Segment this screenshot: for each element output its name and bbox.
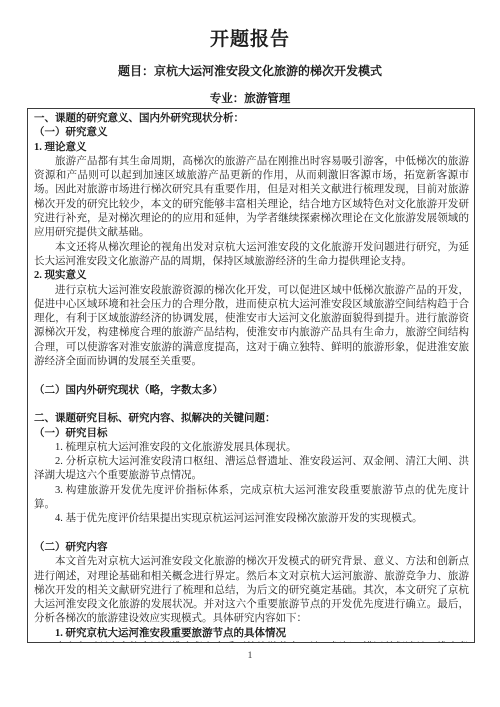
research-content-paragraph: 本文首先对京杭大运河淮安段文化旅游的梯次开发模式的研究背景、意义、方法和创新点进… — [34, 555, 469, 626]
research-goal-1: 1. 梳理京杭大运河淮安段的文化旅游发展具体现状。 — [34, 441, 469, 455]
research-goal-2: 2. 分析京杭大运河淮安段清口枢纽、漕运总督遗址、淮安段运河、双金闸、清江大闸、… — [34, 455, 469, 484]
page-number: 1 — [0, 651, 500, 661]
spacer-line — [34, 398, 469, 412]
research-content-item-1-paragraph: 本文主要研究京杭大运河淮安段六个重要的旅游节点：清口枢纽、漕运总督遗址、淮安段运… — [34, 641, 469, 643]
theoretical-paragraph-1: 旅游产品都有其生命周期，高梯次的旅游产品在刚推出时容易吸引游客，中低梯次的旅游资… — [34, 155, 469, 241]
research-goal-3: 3. 构建旅游开发优先度评价指标体系，完成京杭大运河淮安段重要旅游节点的优先度计… — [34, 484, 469, 513]
research-goal-4: 4. 基于优先度评价结果提出实现京杭运河运河淮安段梯次旅游开发的实现模式。 — [34, 512, 469, 526]
report-title: 开题报告 — [0, 0, 500, 52]
subsection-1-1-heading: （一）研究意义 — [34, 126, 469, 140]
document-page: 开题报告 题目：京杭大运河淮安段文化旅游的梯次开发模式 专业：旅游管理 一、课题… — [0, 0, 500, 707]
subsection-2-2-heading: （二）研究内容 — [34, 541, 469, 555]
thesis-topic-line: 题目：京杭大运河淮安段文化旅游的梯次开发模式 — [0, 64, 500, 79]
subsection-2-1-heading: （一）研究目标 — [34, 427, 469, 441]
research-content-item-1-heading: 1. 研究京杭大运河淮安段重要旅游节点的具体情况 — [34, 627, 469, 641]
item-practical-heading: 2. 现实意义 — [34, 269, 469, 283]
theoretical-paragraph-2: 本文还将从梯次理论的视角出发对京杭大运河淮安段的文化旅游开发问题进行研究，为延长… — [34, 241, 469, 270]
spacer-line — [34, 369, 469, 383]
subsection-1-2-heading: （二）国内外研究现状（略，字数太多） — [34, 384, 469, 398]
report-content-box: 一、课题的研究意义、国内外研究现状分析： （一）研究意义 1. 理论意义 旅游产… — [27, 108, 475, 643]
major-line: 专业：旅游管理 — [0, 92, 500, 106]
section-2-heading: 二、课题研究目标、研究内容、拟解决的关键问题： — [34, 412, 469, 426]
spacer-line — [34, 527, 469, 541]
practical-paragraph: 进行京杭大运河淮安段旅游资源的梯次化开发，可以促进区域中低梯次旅游产品的开发，促… — [34, 284, 469, 370]
section-1-heading: 一、课题的研究意义、国内外研究现状分析： — [34, 112, 469, 126]
item-theoretical-heading: 1. 理论意义 — [34, 141, 469, 155]
